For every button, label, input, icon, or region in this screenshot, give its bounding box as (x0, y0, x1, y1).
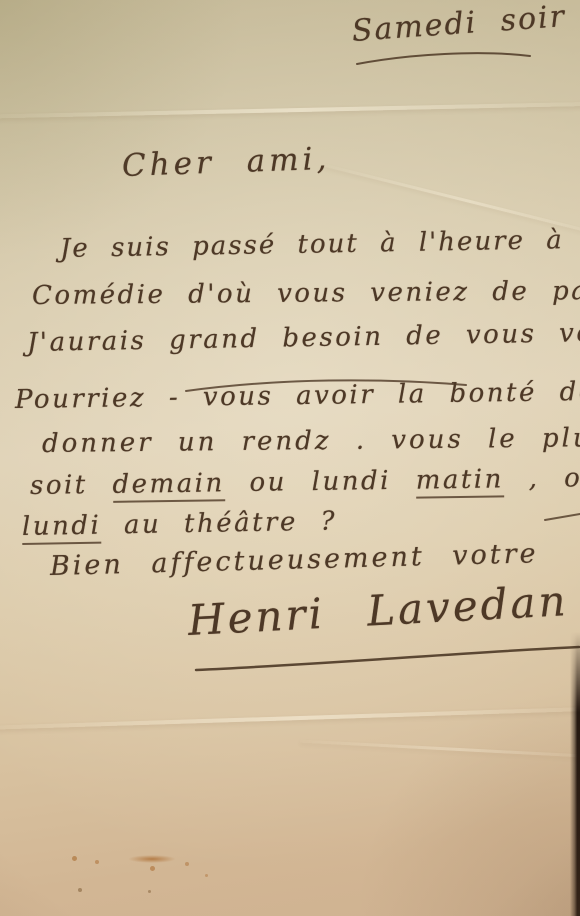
text-segment: au théâtre ? (101, 507, 337, 541)
salutation: Cher ami, (121, 141, 330, 184)
text-segment: donner un rendz . vous le plus tôt (42, 422, 580, 459)
stain-spot (205, 874, 208, 877)
stain-spot (185, 862, 189, 866)
paper-crease-middle (0, 706, 580, 730)
text-segment: J'aurais grand besoin de vous voir . (27, 317, 580, 358)
stain-spot (95, 860, 99, 864)
stain-spot (72, 856, 77, 861)
dateline-underline-stroke (357, 53, 530, 64)
body-line-2: Comédie d'où vous veniez de partir . (32, 275, 580, 311)
signature: Henri Lavedan (187, 576, 570, 645)
ou-underline-stroke (545, 514, 580, 520)
photo-edge-shadow-right (570, 632, 580, 916)
text-segment: Comédie d'où vous veniez de partir . (32, 275, 580, 311)
body-line-3: J'aurais grand besoin de vous voir . (27, 317, 580, 358)
text-segment: soit (30, 470, 113, 501)
body-line-6: soit demain ou lundi matin , ou (30, 463, 580, 501)
body-line-5: donner un rendz . vous le plus tôt (42, 422, 580, 459)
body-line-4: Pourriez - vous avoir la bonté de me (15, 376, 580, 415)
body-line-1: Je suis passé tout à l'heure à la (60, 224, 580, 264)
dateline: Samedi soir (351, 0, 567, 49)
stain-spot (78, 888, 82, 892)
underlined-word-matin: matin (416, 464, 505, 498)
letter-photograph: Samedi soir Cher ami, Je suis passé tout… (0, 0, 580, 916)
paper-crease-lower (300, 740, 580, 760)
text-segment: Je suis passé tout à l'heure à la (60, 224, 580, 264)
paper-crease-top (0, 101, 580, 118)
stain-smudge (128, 855, 176, 863)
text-segment: ou lundi (225, 466, 416, 499)
stain-spot (150, 866, 155, 871)
underlined-word-lundi: lundi (22, 511, 102, 545)
text-segment: Pourriez - vous avoir la bonté de me (15, 376, 580, 415)
text-segment: , ou (504, 463, 580, 494)
stain-spot (148, 890, 151, 893)
body-line-7: lundi au théâtre ? (22, 507, 338, 542)
signature-flourish-stroke (196, 647, 579, 670)
closing: Bien affectueusement votre (50, 538, 539, 582)
underlined-word-demain: demain (112, 468, 225, 503)
